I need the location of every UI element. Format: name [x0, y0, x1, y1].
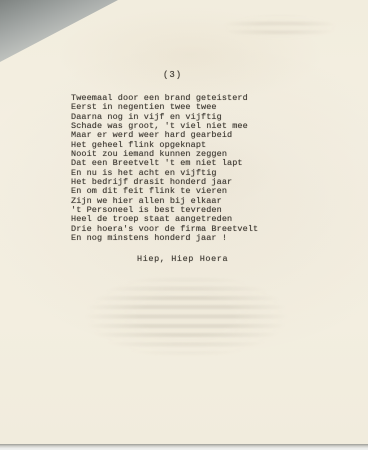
closing-line: Hiep, Hiep Hoera	[137, 254, 228, 264]
ink-bleed-through	[72, 268, 310, 368]
page-number: (3)	[163, 70, 182, 80]
poem-line: En nog minstens honderd jaar !	[71, 234, 258, 243]
scanned-document: (3) Tweemaal door een brand geteisterdEe…	[0, 0, 368, 450]
paper-sheet: (3) Tweemaal door een brand geteisterdEe…	[0, 0, 368, 444]
ink-bleed-through-top	[210, 12, 350, 42]
paper-bottom-edge	[0, 444, 368, 450]
poem-body: Tweemaal door een brand geteisterdEerst …	[71, 94, 258, 243]
